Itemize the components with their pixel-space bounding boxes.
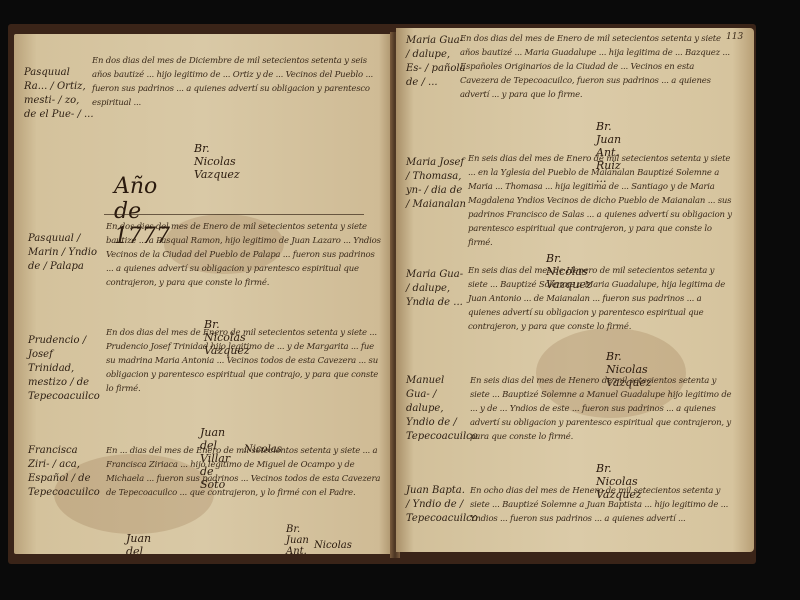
entry-text: En seis dias del mes de Henero de mil se…: [470, 374, 736, 458]
entry-text: En dos dias del mes de Enero de mil sete…: [106, 326, 384, 424]
signature: Br. Nicolas Vazquez: [194, 142, 240, 181]
entry-text: En dos dias del mes de Diciembre de mil …: [92, 54, 382, 152]
margin-note: Maria Gua- / dalupe, Yndia de ...: [406, 268, 468, 310]
open-register-book: Pasquual Ra... / Ortiz, mesti- / zo, de …: [8, 24, 756, 564]
left-page: Pasquual Ra... / Ortiz, mesti- / zo, de …: [14, 34, 394, 554]
margin-note: Pasquual / Marin / Yndio de / Palapa: [28, 232, 98, 274]
entry-text: En dos dias del mes de Enero de mil sete…: [460, 32, 732, 116]
entry-text: En ocho dias del mes de Henero de mil se…: [470, 484, 736, 544]
margin-note: Pasquual Ra... / Ortiz, mesti- / zo, de …: [24, 66, 94, 122]
entry-text: En seis dias del mes de Enero de mil set…: [468, 152, 736, 250]
margin-note: Juan Bapta. / Yndio de / Tepecoacuilco: [406, 484, 470, 526]
signature-rubric: Nicolas: [314, 540, 352, 551]
margin-note: Francisca Ziri- / aca, Español / de Tepe…: [28, 444, 102, 500]
entry-text: En seis dias del mes de Henero de mil se…: [468, 264, 736, 348]
margin-note: Prudencio / Josef Trinidad, mestizo / de…: [28, 334, 102, 404]
signature: Juan del Villar de Soto: [126, 532, 156, 554]
right-page: 113 Maria Gua- / dalupe, Es- / pañola de…: [396, 28, 754, 552]
entry-text: En dos dias del mes de Enero de mil sete…: [106, 220, 384, 318]
signature: Br. Juan Ant. Ruiz: [286, 524, 309, 554]
entry-text: En ... dias del mes de Enero de mil sete…: [106, 444, 384, 528]
margin-note: Maria Josef / Thomasa, yn- / dia de / Ma…: [406, 156, 466, 212]
margin-note: Maria Gua- / dalupe, Es- / pañola de / .…: [406, 34, 466, 90]
divider-rule: [104, 214, 364, 215]
margin-note: Manuel Gua- / dalupe, Yndio de / Tepecoa…: [406, 374, 470, 444]
